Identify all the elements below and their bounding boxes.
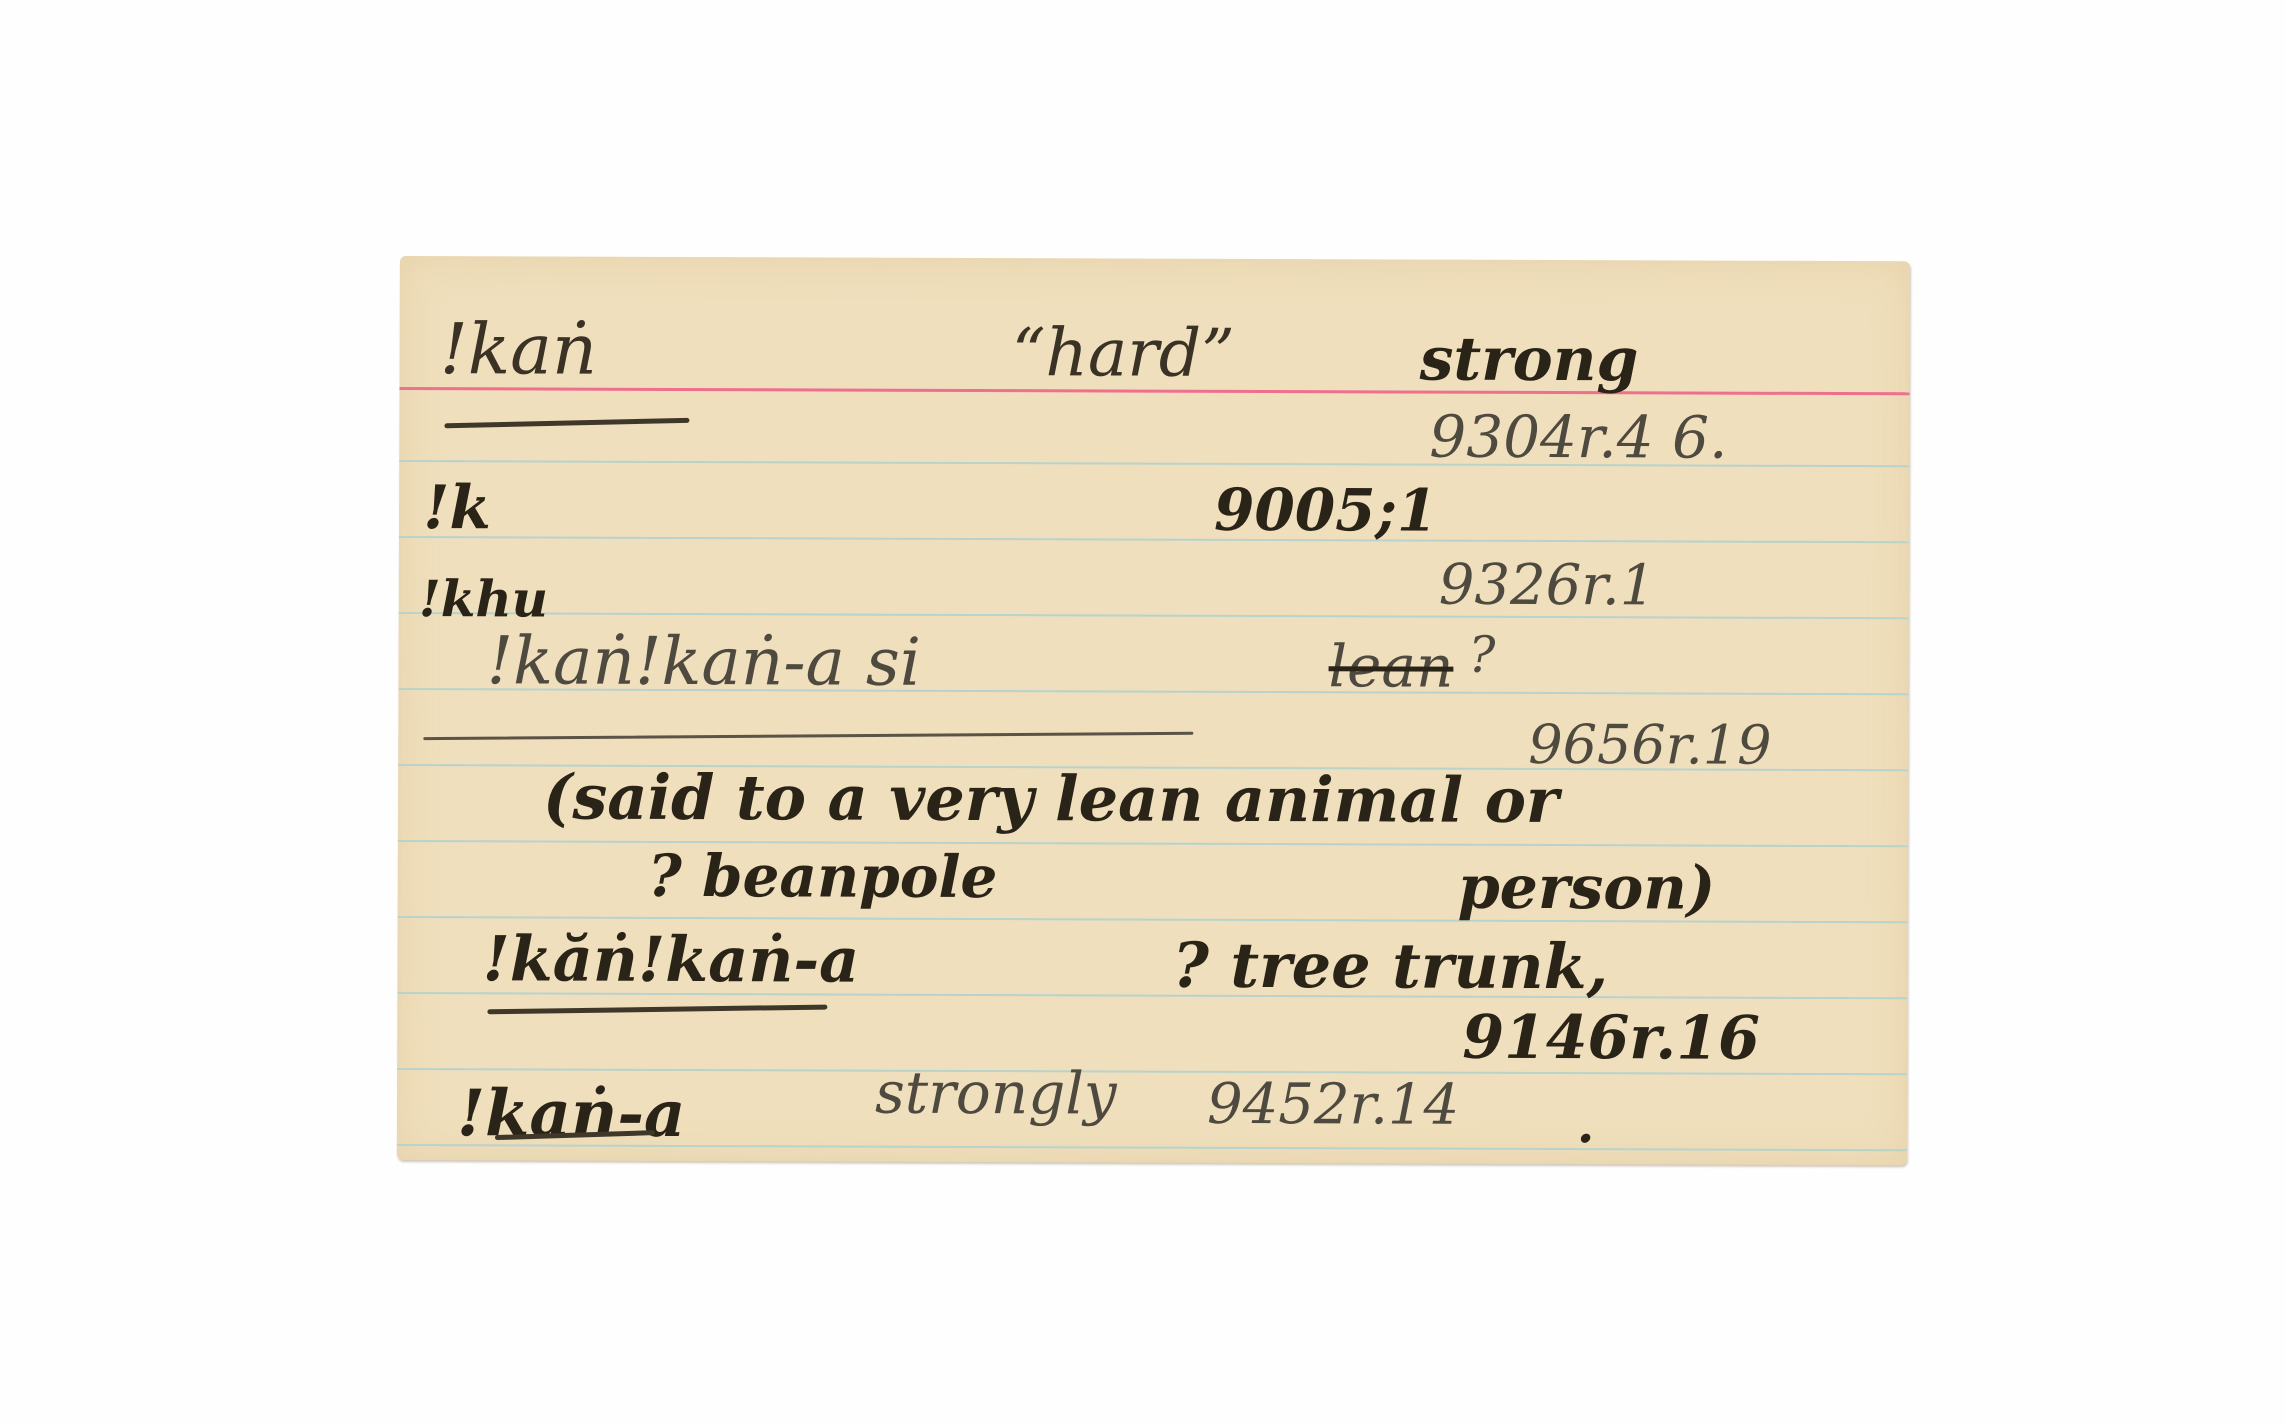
form-kankana: !kăṅ!kaṅ-a <box>482 928 859 991</box>
gloss-hard: “hard” <box>1012 320 1235 387</box>
form-kankana-underline <box>487 1005 827 1015</box>
index-card: !kaṅ “hard” strong 9304r.4 6. !k 9005;1 … <box>397 256 1910 1165</box>
reference-9146: 9146r.16 <box>1462 1008 1760 1069</box>
trailing-mark: . <box>1577 1100 1595 1150</box>
reference-9326: 9326r.1 <box>1439 558 1656 615</box>
gloss-strongly: strongly <box>875 1064 1117 1123</box>
variant-k: !k <box>423 478 491 538</box>
struck-lean-question: ? <box>1469 630 1496 680</box>
usage-note: (said to a very lean animal or <box>543 767 1559 833</box>
phrase-kankana-si: !kaṅ!kaṅ-a si <box>486 628 921 696</box>
headword: !kaṅ <box>440 314 598 385</box>
headword-underline <box>444 418 689 429</box>
reference-9304: 9304r.4 6. <box>1429 408 1727 467</box>
reference-9452: 9452r.14 <box>1207 1077 1459 1134</box>
variant-khu: !khu <box>419 574 548 624</box>
gloss-strong: strong <box>1420 330 1639 391</box>
reference-9656: 9656r.19 <box>1528 718 1771 773</box>
ruled-line <box>398 840 1908 847</box>
phrase-underline <box>423 732 1193 740</box>
note-person: person) <box>1458 858 1716 919</box>
reference-9005: 9005;1 <box>1214 481 1437 540</box>
struck-lean: lean <box>1328 637 1453 695</box>
note-beanpole: ? beanpole <box>648 847 998 906</box>
ruled-line <box>399 536 1909 543</box>
ruled-line <box>399 612 1909 619</box>
gloss-tree-trunk: ? tree trunk, <box>1172 935 1608 999</box>
